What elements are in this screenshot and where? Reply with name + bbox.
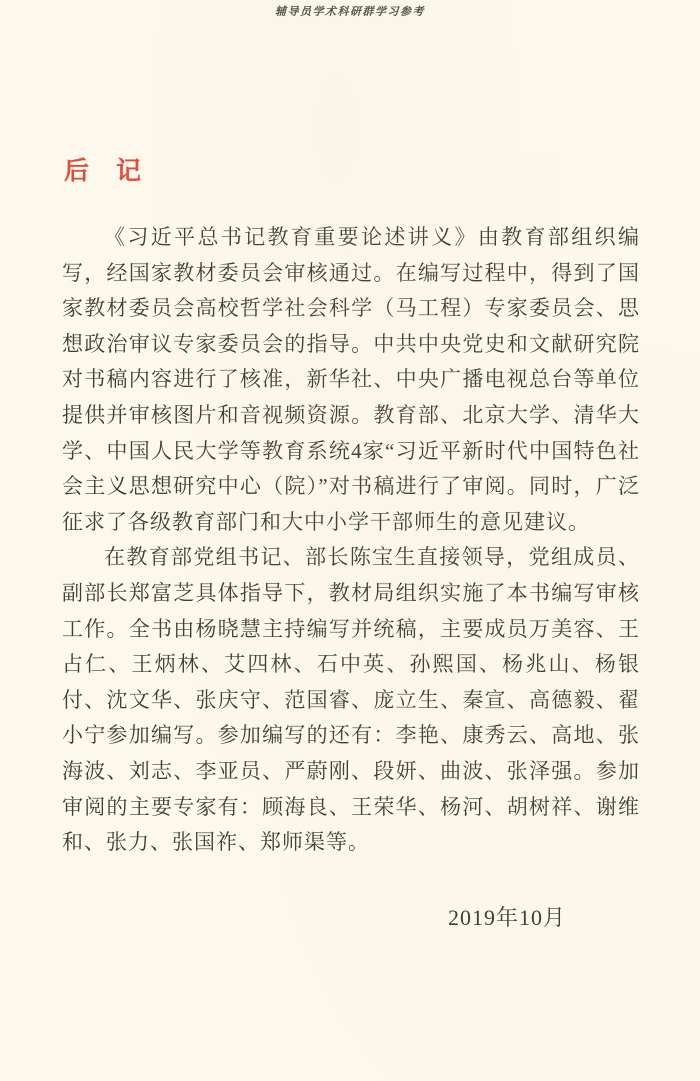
scanned-book-page: 辅导员学术科研群学习参考 后 记 《习近平总书记教育重要论述讲义》由教育部组织编… (0, 0, 700, 1081)
paragraph: 《习近平总书记教育重要论述讲义》由教育部组织编写，经国家教材委员会审核通过。在编… (62, 220, 640, 540)
watermark-text: 辅导员学术科研群学习参考 (0, 3, 700, 19)
date-text: 2019年10月 (448, 901, 566, 932)
paragraph: 在教育部党组书记、部长陈宝生直接领导，党组成员、副部长郑富芝具体指导下，教材局组… (62, 540, 640, 860)
afterword-body: 《习近平总书记教育重要论述讲义》由教育部组织编写，经国家教材委员会审核通过。在编… (62, 220, 640, 861)
afterword-title: 后 记 (64, 157, 142, 185)
